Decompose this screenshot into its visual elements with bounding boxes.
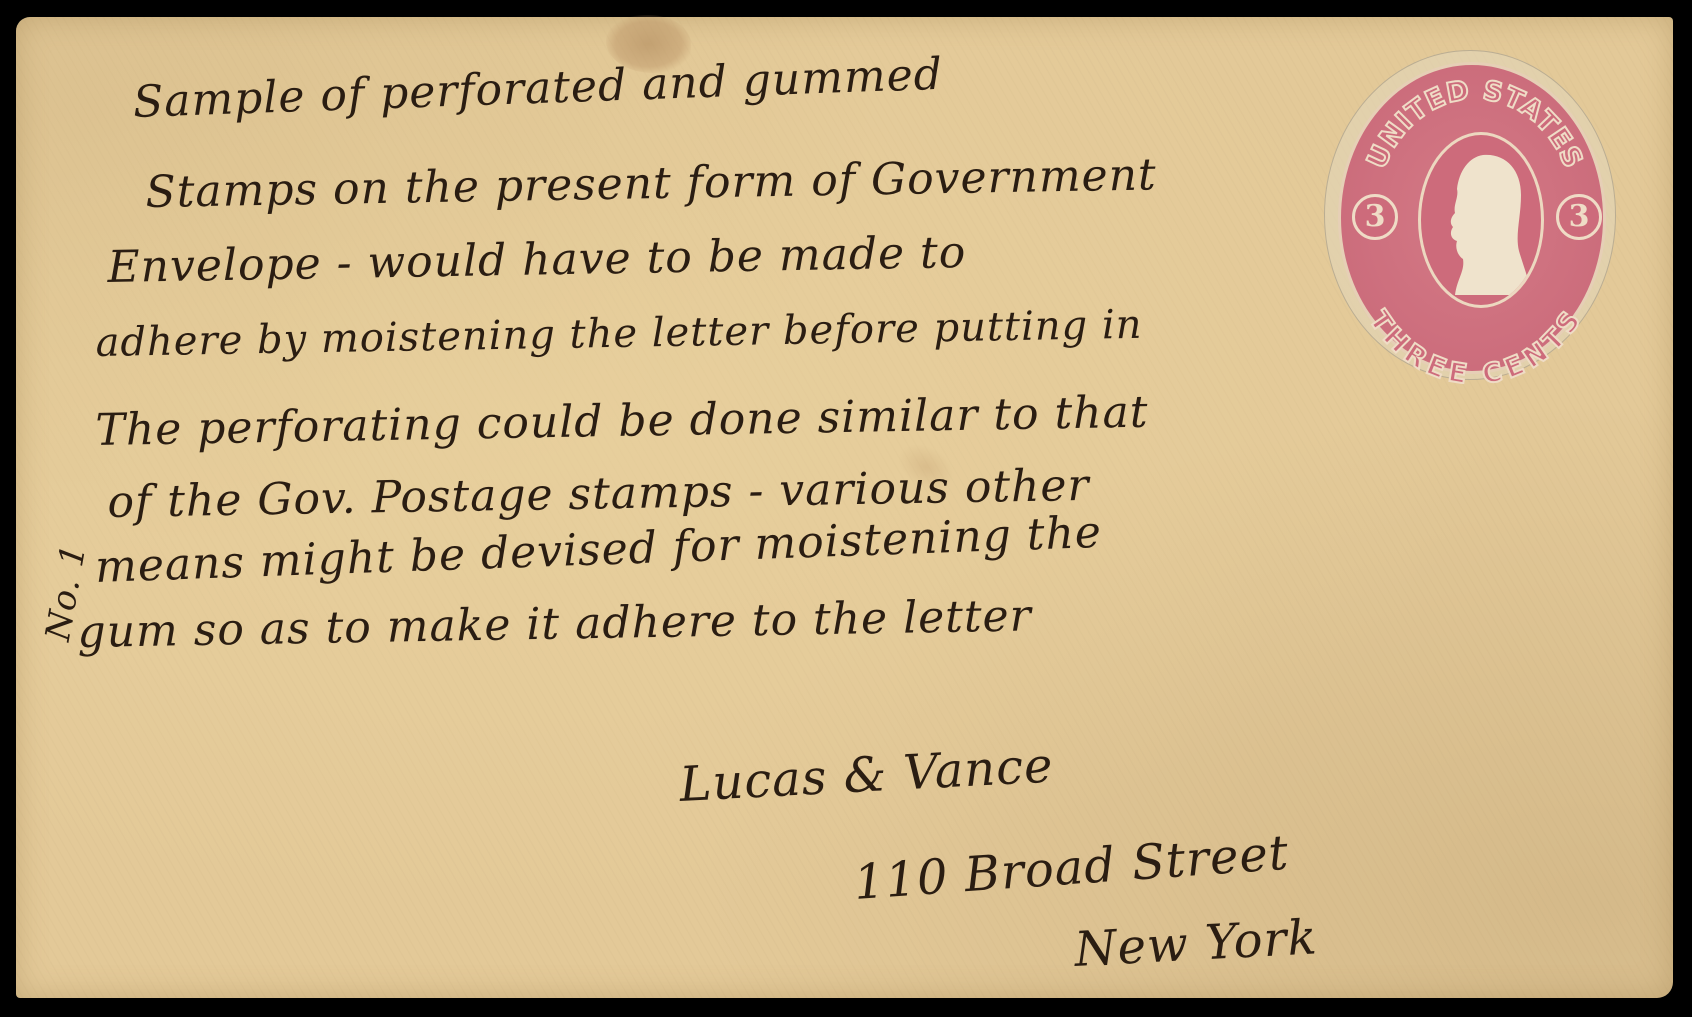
washington-profile-icon — [1435, 147, 1535, 297]
letter-line-4: adhere by moistening the letter before p… — [95, 302, 1143, 366]
stamp-value-right: 3 — [1556, 194, 1602, 240]
letter-line-8: gum so as to make it adhere to the lette… — [77, 590, 1032, 658]
stamp-portrait-frame — [1418, 132, 1544, 308]
stamp-value-left: 3 — [1352, 194, 1398, 240]
signature-city: New York — [1073, 909, 1319, 978]
letter-line-5: The perforating could be done similar to… — [95, 387, 1149, 456]
letter-line-3: Envelope - would have to be made to — [107, 227, 967, 293]
stamp-bottom-text: THREE CENTS — [1363, 305, 1588, 384]
signature-name: Lucas & Vance — [678, 737, 1055, 813]
signature-street: 110 Broad Street — [852, 825, 1291, 911]
embossed-stamp: UNITED STATES THREE CENTS 3 3 — [1320, 44, 1620, 384]
letter-line-2: Stamps on the present form of Government — [145, 149, 1157, 218]
letter-line-1: Sample of perforated and gummed — [132, 49, 943, 128]
